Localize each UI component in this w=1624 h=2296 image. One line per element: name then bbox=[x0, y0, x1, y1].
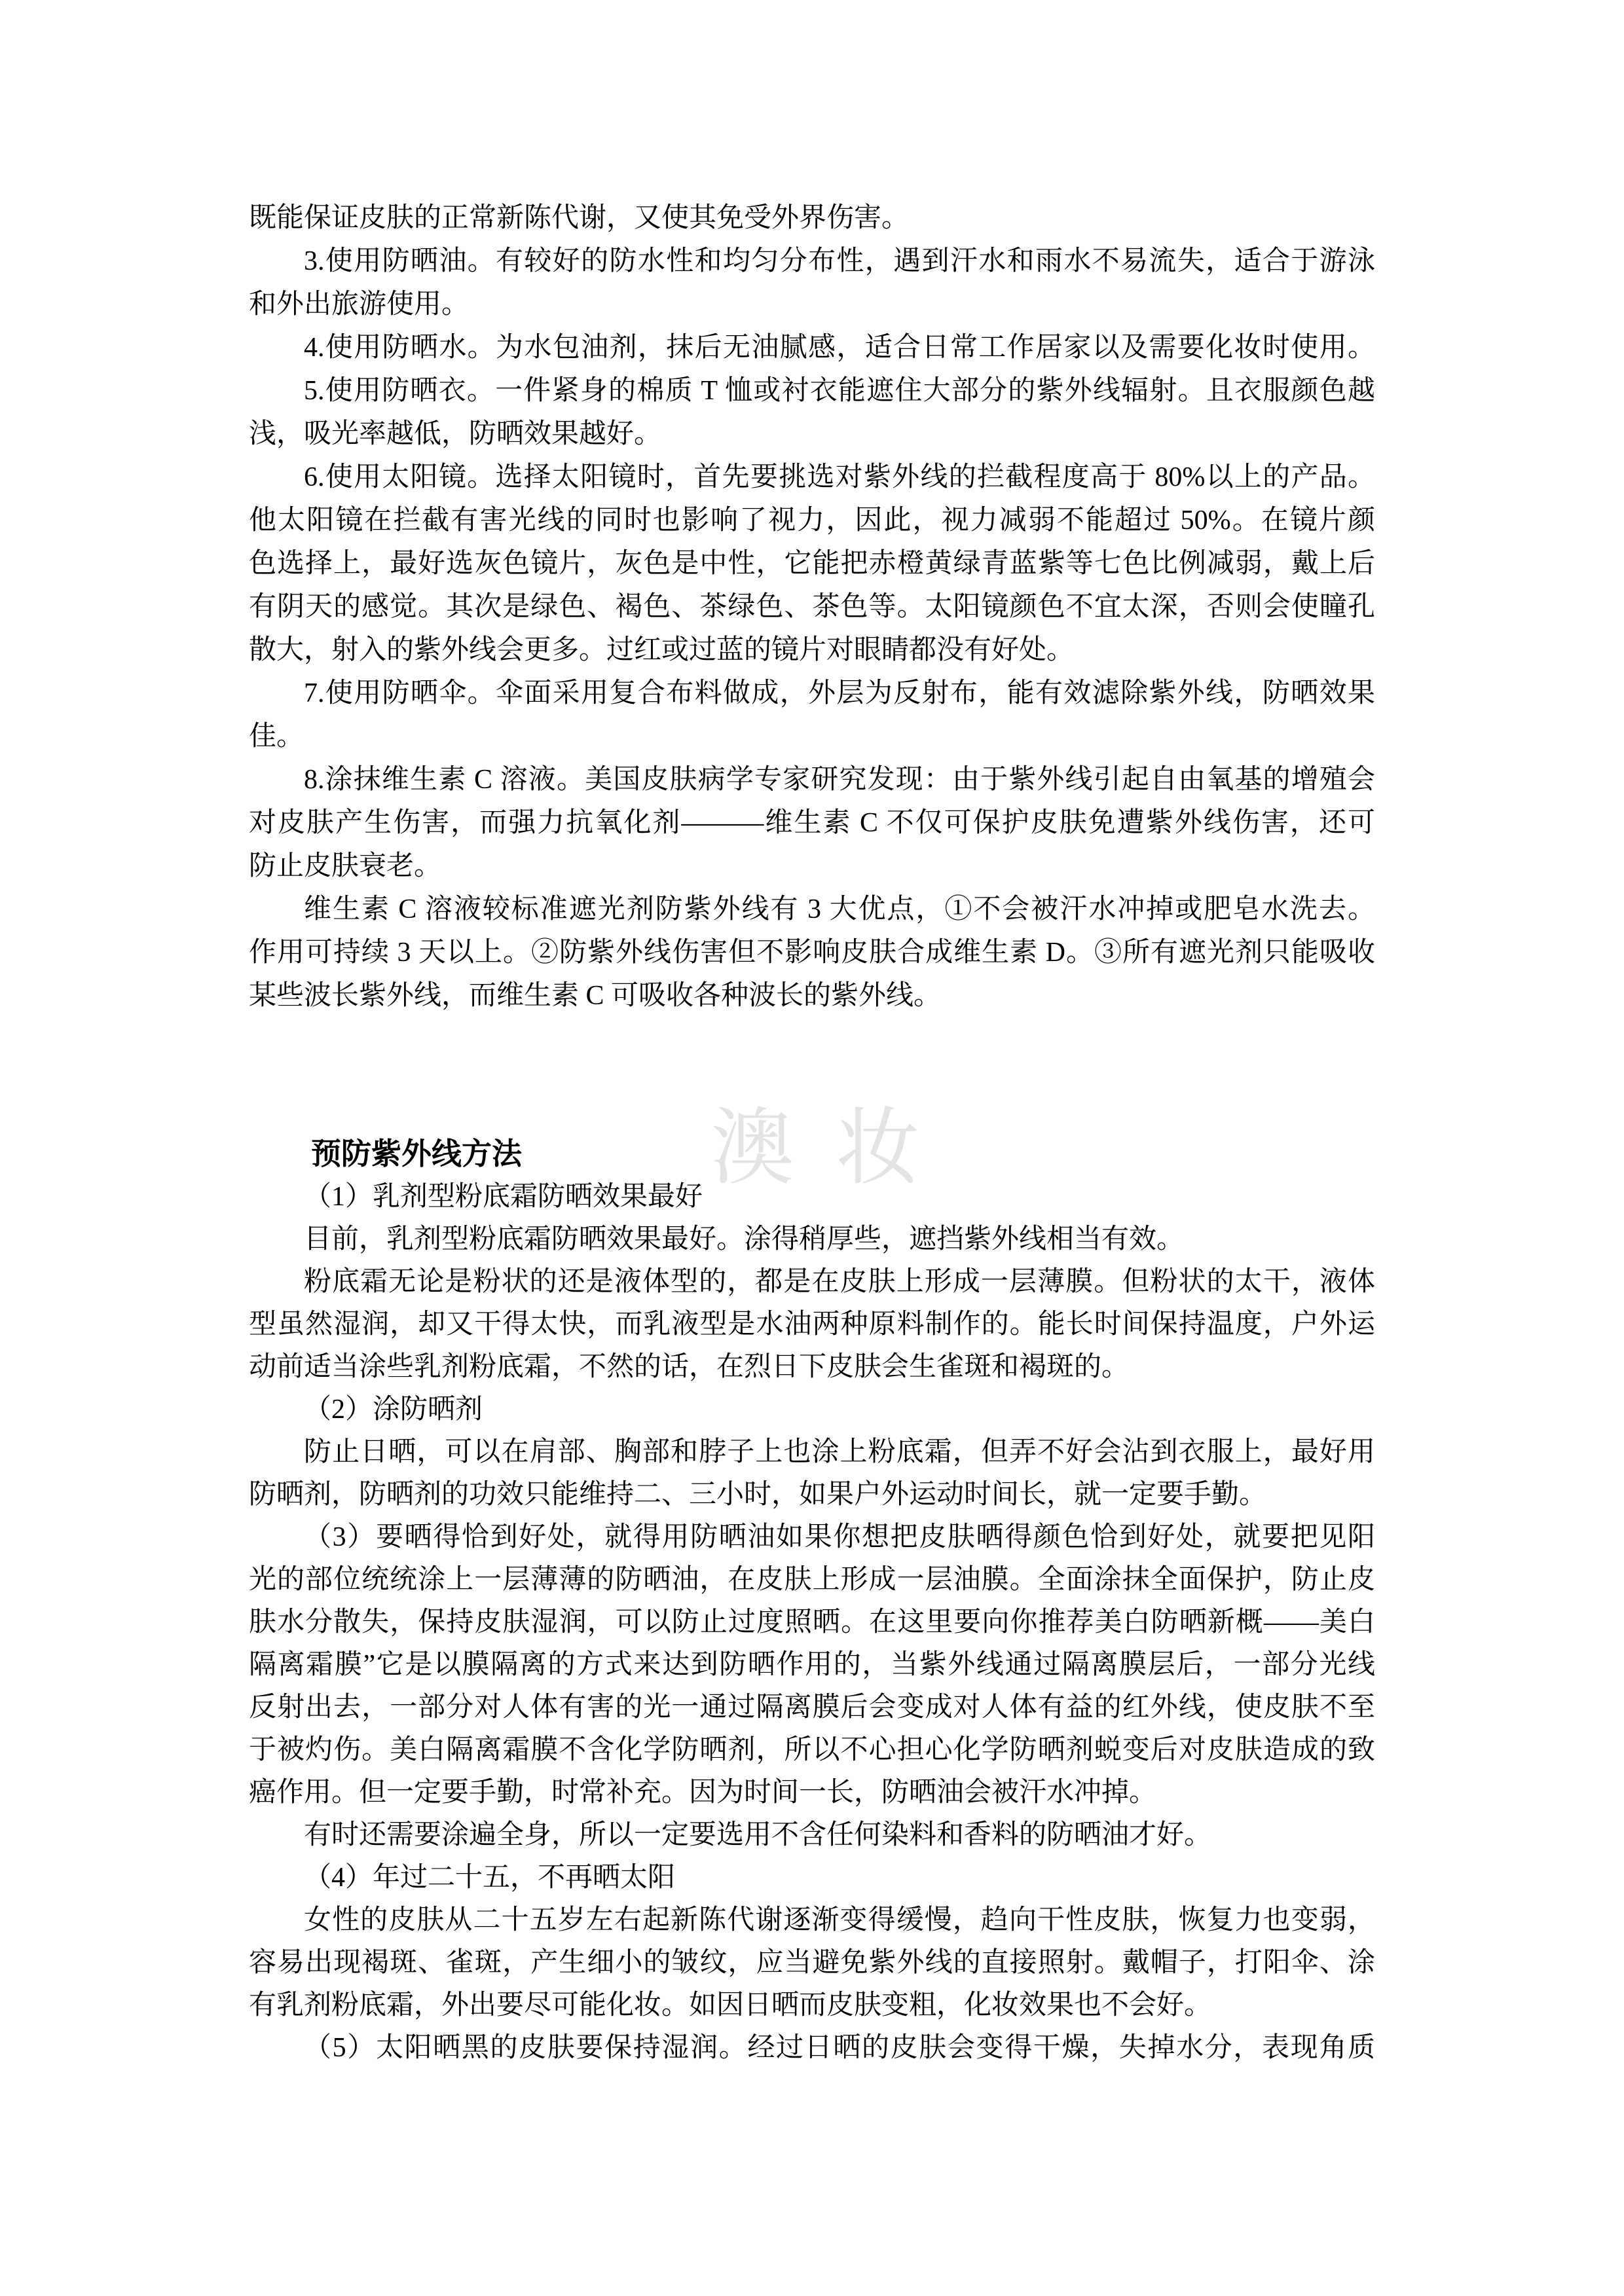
text-line: 某些波长紫外线，而维生素 C 可吸收各种波长的紫外线。 bbox=[249, 974, 1375, 1017]
text-line: （3）要晒得恰到好处，就得用防晒油如果你想把皮肤晒得颜色恰到好处，就要把见阳 bbox=[249, 1516, 1375, 1559]
text-line: 目前，乳剂型粉底霜防晒效果最好。涂得稍厚些，遮挡紫外线相当有效。 bbox=[249, 1218, 1375, 1261]
text-line: 佳。 bbox=[249, 715, 1375, 758]
text-line: 对皮肤产生伤害，而强力抗氧化剂———维生素 C 不仅可保护皮肤免遭紫外线伤害，还… bbox=[249, 801, 1375, 845]
text-line: 癌作用。但一定要手勤，时常补充。因为时间一长，防晒油会被汗水冲掉。 bbox=[249, 1772, 1375, 1814]
text-line: （4）年过二十五，不再晒太阳 bbox=[249, 1857, 1375, 1899]
text-line: 防止日晒，可以在肩部、胸部和脖子上也涂上粉底霜，但弄不好会沾到衣服上，最好用 bbox=[249, 1431, 1375, 1474]
text-line: 粉底霜无论是粉状的还是液体型的，都是在皮肤上形成一层薄膜。但粉状的太干，液体 bbox=[249, 1261, 1375, 1303]
text-line: 反射出去，一部分对人体有害的光一通过隔离膜后会变成对人体有益的红外线，使皮肤不至 bbox=[249, 1686, 1375, 1729]
text-line: 有乳剂粉底霜，外出要尽可能化妆。如因日晒而皮肤变粗，化妆效果也不会好。 bbox=[249, 1984, 1375, 2027]
text-line: 防晒剂，防晒剂的功效只能维持二、三小时，如果户外运动时间长，就一定要手勤。 bbox=[249, 1474, 1375, 1516]
text-line: 4.使用防晒水。为水包油剂，抹后无油腻感，适合日常工作居家以及需要化妆时使用。 bbox=[249, 326, 1375, 369]
text-line: 有阴天的感觉。其次是绿色、褐色、茶绿色、茶色等。太阳镜颜色不宜太深，否则会使瞳孔 bbox=[249, 585, 1375, 629]
text-line: 7.使用防晒伞。伞面采用复合布料做成，外层为反射布，能有效滤除紫外线，防晒效果 bbox=[249, 672, 1375, 715]
text-line: 浅，吸光率越低，防晒效果越好。 bbox=[249, 412, 1375, 456]
text-line: 8.涂抹维生素 C 溶液。美国皮肤病学专家研究发现：由于紫外线引起自由氧基的增殖… bbox=[249, 758, 1375, 801]
body-text-block-1: 既能保证皮肤的正常新陈代谢，又使其免受外界伤害。 3.使用防晒油。有较好的防水性… bbox=[249, 196, 1375, 1017]
section-heading: 预防紫外线方法 bbox=[249, 1133, 1375, 1176]
text-line: 于被灼伤。美白隔离霜膜不含化学防晒剂，所以不心担心化学防晒剂蜕变后对皮肤造成的致 bbox=[249, 1729, 1375, 1772]
text-line: 既能保证皮肤的正常新陈代谢，又使其免受外界伤害。 bbox=[249, 196, 1375, 240]
text-line: 光的部位统统涂上一层薄薄的防晒油，在皮肤上形成一层油膜。全面涂抹全面保护，防止皮 bbox=[249, 1559, 1375, 1601]
text-line: 他太阳镜在拦截有害光线的同时也影响了视力，因此，视力减弱不能超过 50%。在镜片… bbox=[249, 499, 1375, 542]
text-line: 3.使用防晒油。有较好的防水性和均匀分布性，遇到汗水和雨水不易流失，适合于游泳 bbox=[249, 240, 1375, 283]
text-line: 防止皮肤衰老。 bbox=[249, 845, 1375, 888]
text-line: 女性的皮肤从二十五岁左右起新陈代谢逐渐变得缓慢，趋向干性皮肤，恢复力也变弱， bbox=[249, 1899, 1375, 1942]
text-line: 6.使用太阳镜。选择太阳镜时，首先要挑选对紫外线的拦截程度高于 80%以上的产品… bbox=[249, 456, 1375, 499]
text-line: 作用可持续 3 天以上。②防紫外线伤害但不影响皮肤合成维生素 D。③所有遮光剂只… bbox=[249, 931, 1375, 974]
text-line: （5）太阳晒黑的皮肤要保持湿润。经过日晒的皮肤会变得干燥，失掉水分，表现角质 bbox=[249, 2027, 1375, 2069]
text-line: 型虽然湿润，却又干得太快，而乳液型是水油两种原料制作的。能长时间保持温度，户外运 bbox=[249, 1303, 1375, 1346]
text-line: 动前适当涂些乳剂粉底霜，不然的话，在烈日下皮肤会生雀斑和褐斑的。 bbox=[249, 1346, 1375, 1389]
text-line: 容易出现褐斑、雀斑，产生细小的皱纹，应当避免紫外线的直接照射。戴帽子，打阳伞、涂 bbox=[249, 1942, 1375, 1984]
text-line: 色选择上，最好选灰色镜片，灰色是中性，它能把赤橙黄绿青蓝紫等七色比例减弱，戴上后 bbox=[249, 542, 1375, 585]
text-line: 肤水分散失，保持皮肤湿润，可以防止过度照晒。在这里要向你推荐美白防晒新概——美白 bbox=[249, 1601, 1375, 1644]
text-line: 散大，射入的紫外线会更多。过红或过蓝的镜片对眼睛都没有好处。 bbox=[249, 629, 1375, 672]
text-line: （1）乳剂型粉底霜防晒效果最好 bbox=[249, 1176, 1375, 1218]
document-page: 澳妆 既能保证皮肤的正常新陈代谢，又使其免受外界伤害。 3.使用防晒油。有较好的… bbox=[0, 0, 1624, 2296]
text-line: （2）涂防晒剂 bbox=[249, 1389, 1375, 1431]
text-line: 和外出旅游使用。 bbox=[249, 283, 1375, 326]
text-line: 隔离霜膜”它是以膜隔离的方式来达到防晒作用的，当紫外线通过隔离膜层后，一部分光线 bbox=[249, 1644, 1375, 1686]
text-line: 有时还需要涂遍全身，所以一定要选用不含任何染料和香料的防晒油才好。 bbox=[249, 1814, 1375, 1857]
text-line: 维生素 C 溶液较标准遮光剂防紫外线有 3 大优点，①不会被汗水冲掉或肥皂水洗去… bbox=[249, 888, 1375, 931]
body-text-block-2: （1）乳剂型粉底霜防晒效果最好 目前，乳剂型粉底霜防晒效果最好。涂得稍厚些，遮挡… bbox=[249, 1176, 1375, 2069]
text-line: 5.使用防晒衣。一件紧身的棉质 T 恤或衬衣能遮住大部分的紫外线辐射。且衣服颜色… bbox=[249, 369, 1375, 412]
